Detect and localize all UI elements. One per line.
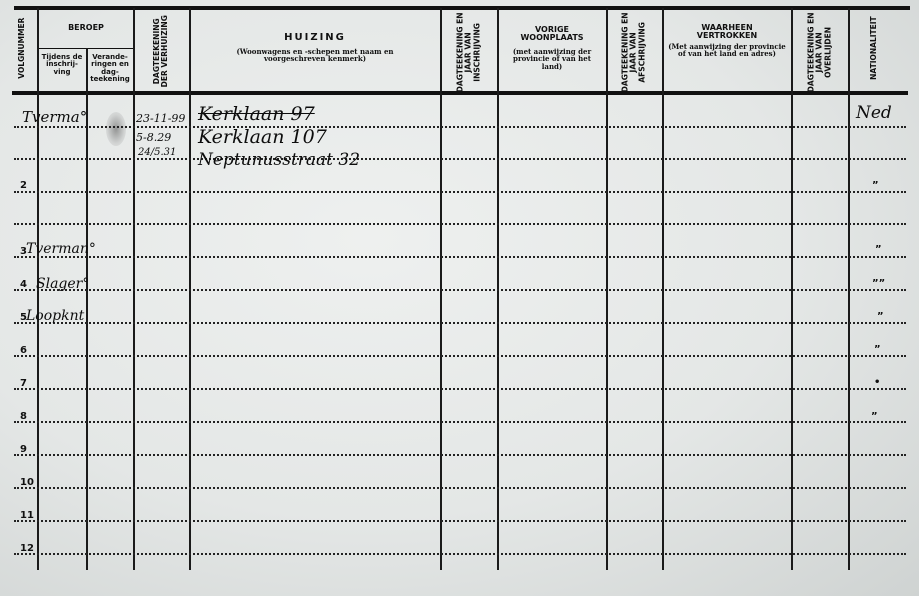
ditto-mark: ”	[877, 311, 884, 322]
header-nationaliteit: NATIONALITEIT	[870, 8, 878, 88]
header-dagteekening-afschrijving: DAGTEEKENING EN JAAR VAN AFSCHRIJVING	[622, 12, 647, 92]
row-rule	[14, 388, 906, 390]
row-rule	[14, 355, 906, 357]
row-rule	[14, 223, 906, 225]
row-rule	[14, 126, 906, 128]
header-dagteekening-overlijden: DAGTEEKENING EN JAAR VAN OVERLIJDEN	[808, 12, 833, 92]
header-dagteekening-verhuizing-text: DAGTEEKENING DER VERHUIZING	[152, 15, 169, 87]
header-dagteekening-afschrijving-text: DAGTEEKENING EN JAAR VAN AFSCHRIJVING	[621, 12, 647, 92]
header-waarheen-vertrokken: WAARHEEN VERTROKKEN	[690, 24, 764, 41]
header-beroep-veranderingen: Verande-ringen en dag-teekening	[88, 54, 132, 83]
beroep-entry: Loopknt	[26, 308, 84, 324]
row-rule	[14, 553, 906, 555]
row-rule	[14, 289, 906, 291]
header-huizing-subtitle: (Woonwagens en -schepen met naam en voor…	[220, 48, 410, 63]
huizing-address: Neptunusstraat 32	[198, 150, 360, 170]
huizing-address: Kerklaan 97	[198, 103, 315, 125]
header-beroep-tijdens: Tijdens de inschrij-ving	[40, 54, 84, 76]
row-rule	[14, 191, 906, 193]
header-waarheen-vertrokken-subtitle: (Met aanwijzing der provincie of van het…	[666, 43, 788, 58]
row-rule	[14, 322, 906, 324]
ditto-mark: ”	[871, 411, 878, 422]
header-vorige-woonplaats: VORIGE WOONPLAATS	[516, 26, 588, 43]
huizing-address: Kerklaan 107	[198, 126, 327, 148]
nationaliteit-entry: Ned	[856, 103, 892, 123]
header-dagteekening-overlijden-text: DAGTEEKENING EN JAAR VAN OVERLIJDEN	[807, 12, 833, 92]
row-number: 8	[20, 411, 38, 422]
ditto-mark: ”	[872, 180, 879, 191]
verhuizing-date: 5-8.29	[136, 131, 171, 144]
row-number: 10	[20, 477, 38, 488]
beroep-entry: Slager°	[36, 276, 89, 292]
row-number: 6	[20, 345, 38, 356]
header-huizing: HUIZING	[190, 33, 440, 44]
registration-card: VOLGNUMMER BEROEP Tijdens de inschrij-vi…	[0, 0, 919, 596]
header-vorige-woonplaats-subtitle: (met aanwijzing der provincie of van het…	[506, 48, 598, 70]
row-rule	[14, 256, 906, 258]
row-rule	[14, 158, 906, 160]
header-dagteekening-verhuizing: DAGTEEKENING DER VERHUIZING	[153, 11, 170, 91]
header-dagteekening-inschrijving-text: DAGTEEKENING EN JAAR VAN INSCHRIJVING	[456, 12, 482, 92]
header-dagteekening-inschrijving: DAGTEEKENING EN JAAR VAN INSCHRIJVING	[457, 12, 482, 92]
header-beroep: BEROEP	[39, 24, 133, 32]
ink-smudge	[106, 112, 126, 146]
header-volgnummer: VOLGNUMMER	[18, 8, 26, 88]
row-rule	[14, 487, 906, 489]
verhuizing-date: 24/5.31	[138, 147, 176, 158]
row-number: 11	[20, 510, 38, 521]
row-rule	[14, 421, 906, 423]
header-top-rule	[14, 6, 910, 10]
ditto-mark: ”	[875, 244, 882, 255]
beroep-entry: Tverma°	[22, 108, 87, 126]
ditto-mark: ”	[874, 344, 881, 355]
row-rule	[14, 454, 906, 456]
row-number: 9	[20, 444, 38, 455]
row-number: 12	[20, 543, 38, 554]
row-number: 7	[20, 378, 38, 389]
verhuizing-date: 23-11-99	[136, 112, 185, 125]
row-number: 2	[20, 180, 38, 191]
row-rule	[14, 520, 906, 522]
beroep-entry: Tverman°	[26, 241, 96, 257]
ditto-mark: ””	[872, 278, 885, 289]
ditto-mark: •	[874, 377, 880, 388]
